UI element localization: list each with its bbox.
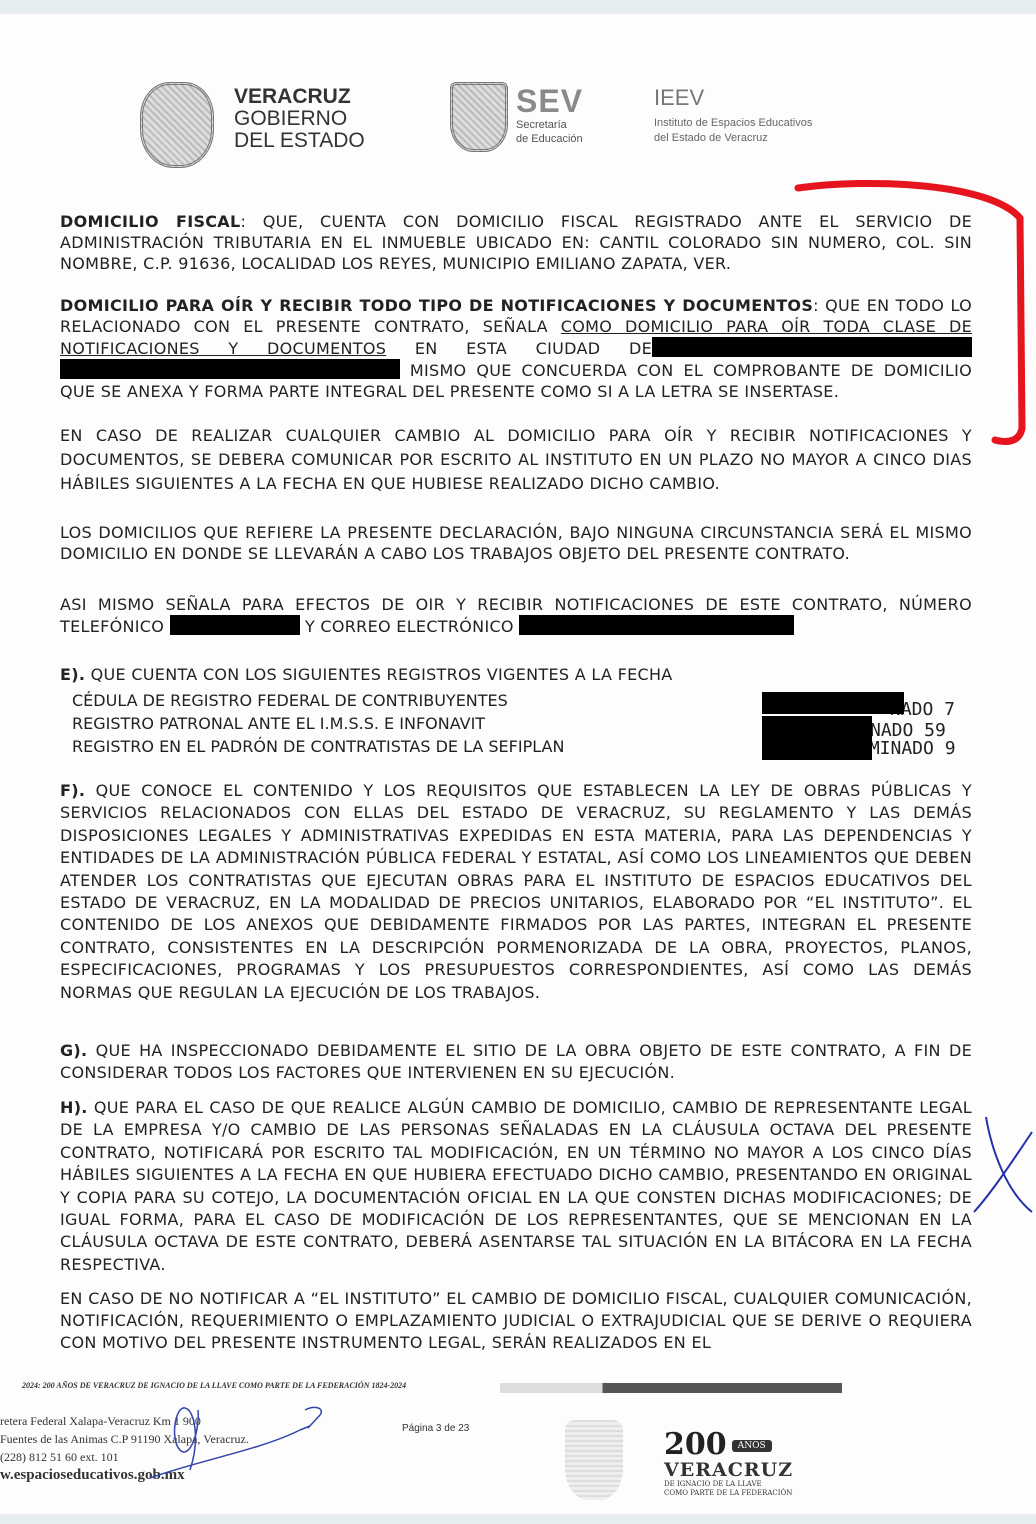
veracruz-coat-of-arms-icon [140,82,214,168]
paragraph-domicilio-notificaciones: DOMICILIO PARA OÍR Y RECIBIR TODO TIPO D… [60,295,972,402]
footer-band-bar [500,1383,842,1393]
bottom-strip [0,1514,1036,1524]
registro-value: IMINADO 9 [858,738,956,759]
page-number: Página 3 de 23 [402,1423,469,1434]
sev-shield-icon [450,82,508,152]
veracruz-logo-text: VERACRUZ GOBIERNO DEL ESTADO [234,86,365,152]
paragraph-f: F). QUE CONOCE EL CONTENIDO Y LOS REQUIS… [60,780,972,1004]
redacted-block [762,716,872,760]
signature-scribble [140,1400,360,1480]
paragraph-no-notificar: EN CASO DE NO NOTIFICAR A “EL INSTITUTO”… [60,1288,972,1354]
200-anos-logo: 200 AÑOS VERACRUZ DE IGNACIO DE LA LLAVE… [664,1430,793,1498]
redacted-block [652,337,972,357]
watermark-seal-icon [565,1420,623,1500]
ieev-logo: IEEV Instituto de Espacios Educativos de… [654,86,812,146]
redacted-email [519,615,794,635]
sev-logo: SEV Secretaría de Educación [516,84,583,146]
paragraph-domicilio-fiscal: DOMICILIO FISCAL: QUE, CUENTA CON DOMICI… [60,211,972,274]
registro-row: CÉDULA DE REGISTRO FEDERAL DE CONTRIBUYE… [72,690,508,712]
paragraph-domicilios: LOS DOMICILIOS QUE REFIERE LA PRESENTE D… [60,522,972,564]
paragraph-g: G). QUE HA INSPECCIONADO DEBIDAMENTE EL … [60,1040,972,1084]
paragraph-asimismo: ASI MISMO SEÑALA PARA EFECTOS DE OIR Y R… [60,594,972,637]
top-strip [0,0,1036,14]
footer-band-text: 2024: 200 AÑOS DE VERACRUZ DE IGNACIO DE… [22,1381,406,1390]
redacted-block [60,359,400,379]
registro-row: REGISTRO PATRONAL ANTE EL I.M.S.S. E INF… [72,713,485,735]
redacted-phone [170,615,300,635]
paragraph-e: E). QUE CUENTA CON LOS SIGUIENTES REGIST… [60,664,972,685]
registro-row: REGISTRO EN EL PADRÓN DE CONTRATISTAS DE… [72,736,564,758]
redacted-block [762,692,904,714]
paragraph-cambio-domicilio: EN CASO DE REALIZAR CUALQUIER CAMBIO AL … [60,424,972,496]
document-header: VERACRUZ GOBIERNO DEL ESTADO SEV Secreta… [130,70,890,170]
pen-cross-mark [972,1112,1036,1222]
paragraph-h: H). QUE PARA EL CASO DE QUE REALICE ALGÚ… [60,1097,972,1276]
